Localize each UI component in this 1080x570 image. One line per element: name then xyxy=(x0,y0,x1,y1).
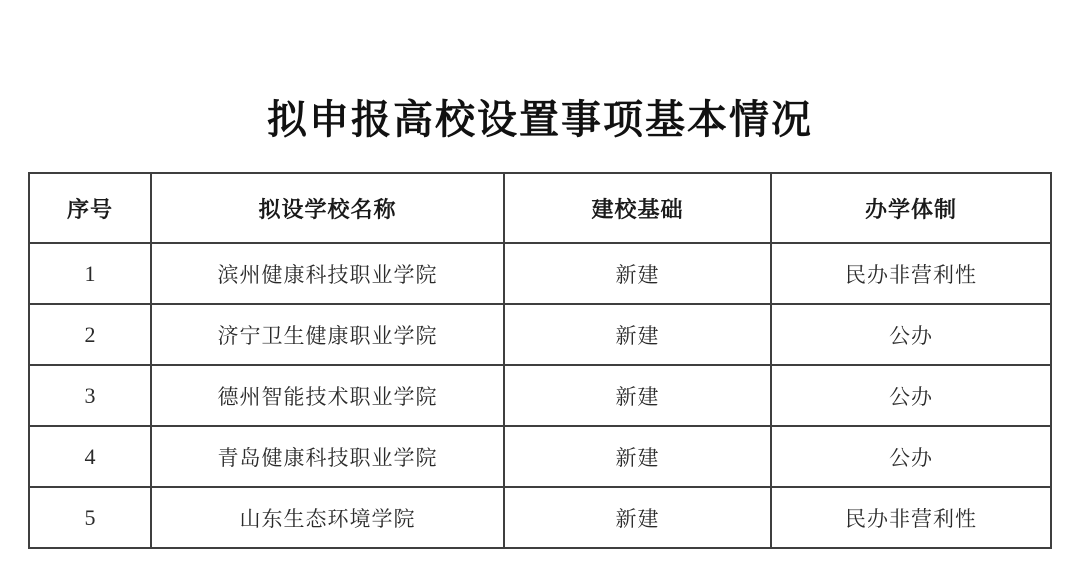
cell-school-system: 公办 xyxy=(771,304,1051,365)
table-row: 3德州智能技术职业学院新建公办 xyxy=(29,365,1051,426)
header-seq: 序号 xyxy=(29,173,151,243)
table-row: 5山东生态环境学院新建民办非营利性 xyxy=(29,487,1051,548)
cell-seq: 1 xyxy=(29,243,151,304)
cell-foundation-basis: 新建 xyxy=(504,243,771,304)
cell-seq: 5 xyxy=(29,487,151,548)
table-row: 4青岛健康科技职业学院新建公办 xyxy=(29,426,1051,487)
header-school-name: 拟设学校名称 xyxy=(151,173,504,243)
cell-school-system: 公办 xyxy=(771,365,1051,426)
cell-seq: 3 xyxy=(29,365,151,426)
cell-foundation-basis: 新建 xyxy=(504,304,771,365)
document-page: 拟申报高校设置事项基本情况 序号 拟设学校名称 建校基础 办学体制 1滨州健康科… xyxy=(0,0,1080,570)
header-row: 序号 拟设学校名称 建校基础 办学体制 xyxy=(29,173,1051,243)
cell-school-system: 民办非营利性 xyxy=(771,243,1051,304)
cell-school-name: 青岛健康科技职业学院 xyxy=(151,426,504,487)
cell-school-system: 公办 xyxy=(771,426,1051,487)
table-header: 序号 拟设学校名称 建校基础 办学体制 xyxy=(29,173,1051,243)
cell-seq: 4 xyxy=(29,426,151,487)
cell-school-name: 山东生态环境学院 xyxy=(151,487,504,548)
universities-table: 序号 拟设学校名称 建校基础 办学体制 1滨州健康科技职业学院新建民办非营利性2… xyxy=(28,172,1052,549)
cell-seq: 2 xyxy=(29,304,151,365)
table-row: 2济宁卫生健康职业学院新建公办 xyxy=(29,304,1051,365)
cell-school-name: 滨州健康科技职业学院 xyxy=(151,243,504,304)
cell-school-name: 济宁卫生健康职业学院 xyxy=(151,304,504,365)
cell-foundation-basis: 新建 xyxy=(504,426,771,487)
cell-school-system: 民办非营利性 xyxy=(771,487,1051,548)
header-school-system: 办学体制 xyxy=(771,173,1051,243)
cell-foundation-basis: 新建 xyxy=(504,365,771,426)
cell-foundation-basis: 新建 xyxy=(504,487,771,548)
table-body: 1滨州健康科技职业学院新建民办非营利性2济宁卫生健康职业学院新建公办3德州智能技… xyxy=(29,243,1051,548)
page-title: 拟申报高校设置事项基本情况 xyxy=(0,88,1080,145)
table-row: 1滨州健康科技职业学院新建民办非营利性 xyxy=(29,243,1051,304)
header-foundation-basis: 建校基础 xyxy=(504,173,771,243)
cell-school-name: 德州智能技术职业学院 xyxy=(151,365,504,426)
